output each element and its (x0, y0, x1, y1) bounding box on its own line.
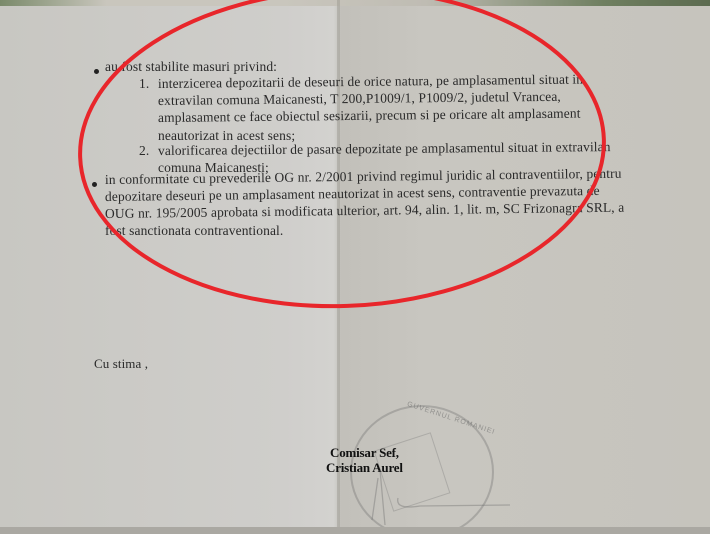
background-edge (0, 527, 710, 534)
red-ellipse-annotation (0, 0, 710, 534)
document-photo: au fost stabilite masuri privind: 1. int… (0, 0, 710, 534)
